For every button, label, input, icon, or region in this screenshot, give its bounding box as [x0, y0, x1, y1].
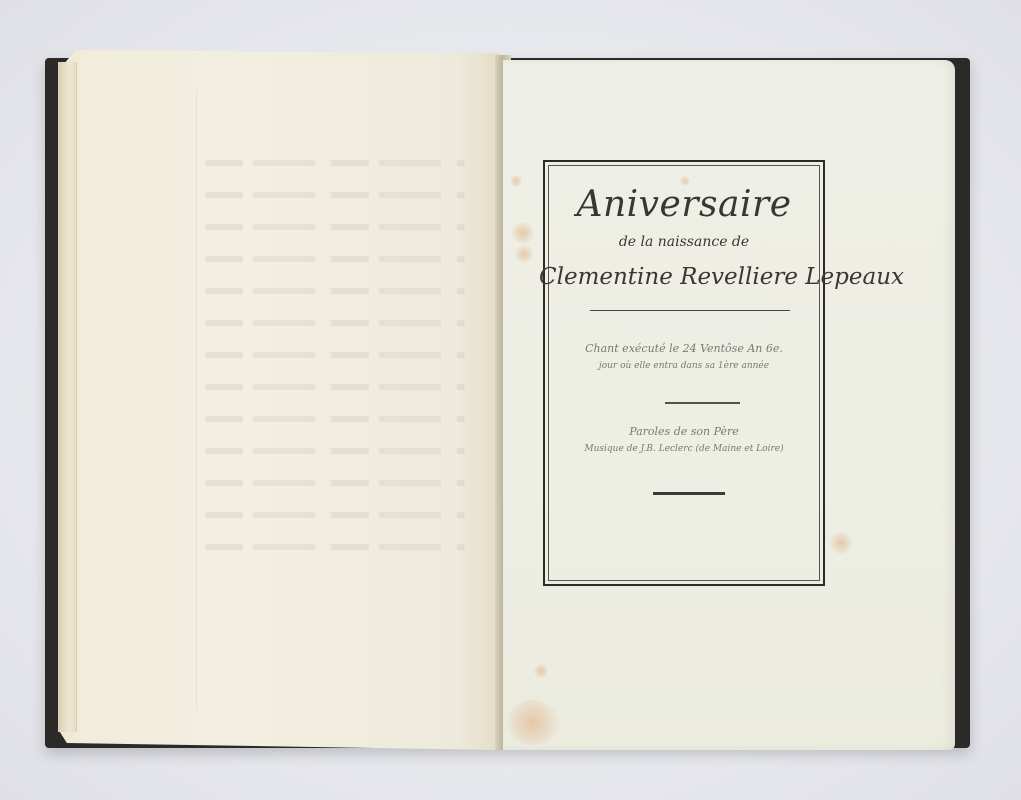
bleed-line: [205, 320, 465, 326]
bleed-line: [205, 448, 465, 454]
bleed-line: [205, 352, 465, 358]
bleed-line: [205, 384, 465, 390]
left-page-edge-stack: [58, 62, 77, 732]
divider-rule: [653, 492, 725, 495]
title-frame-inner-border: [548, 165, 820, 581]
music-credit: Musique de J.B. Leclerc (de Maine et Loi…: [545, 444, 823, 454]
foxing-stain: [830, 532, 852, 554]
title-subheading: de la naissance de: [545, 234, 823, 250]
bleed-line: [205, 224, 465, 230]
foxing-stain: [512, 222, 534, 244]
divider-rule: [665, 402, 740, 404]
bleed-line: [205, 512, 465, 518]
foxing-stain: [505, 700, 560, 745]
bleed-line: [205, 160, 465, 166]
bleed-line: [205, 544, 465, 550]
bleed-line: [205, 192, 465, 198]
bleed-line: [205, 416, 465, 422]
bleed-line: [205, 480, 465, 486]
lyrics-credit: Paroles de son Père: [545, 425, 823, 438]
foxing-stain: [510, 175, 522, 187]
bleed-through-text: [205, 160, 465, 600]
bleed-line: [205, 288, 465, 294]
performance-line-2: jour où elle entra dans sa 1ère année: [545, 361, 823, 371]
title-frame: Aniversaire de la naissance de Clementin…: [543, 160, 825, 586]
foxing-stain: [534, 664, 548, 678]
performance-line-1: Chant exécuté le 24 Ventôse An 6e.: [545, 342, 823, 355]
title-name: Clementine Revelliere Lepeaux: [539, 264, 853, 290]
foxing-stain: [515, 245, 533, 263]
title-heading: Aniversaire: [545, 184, 823, 225]
left-page-fold-line: [196, 90, 197, 710]
bleed-line: [205, 256, 465, 262]
divider-rule: [590, 310, 790, 311]
